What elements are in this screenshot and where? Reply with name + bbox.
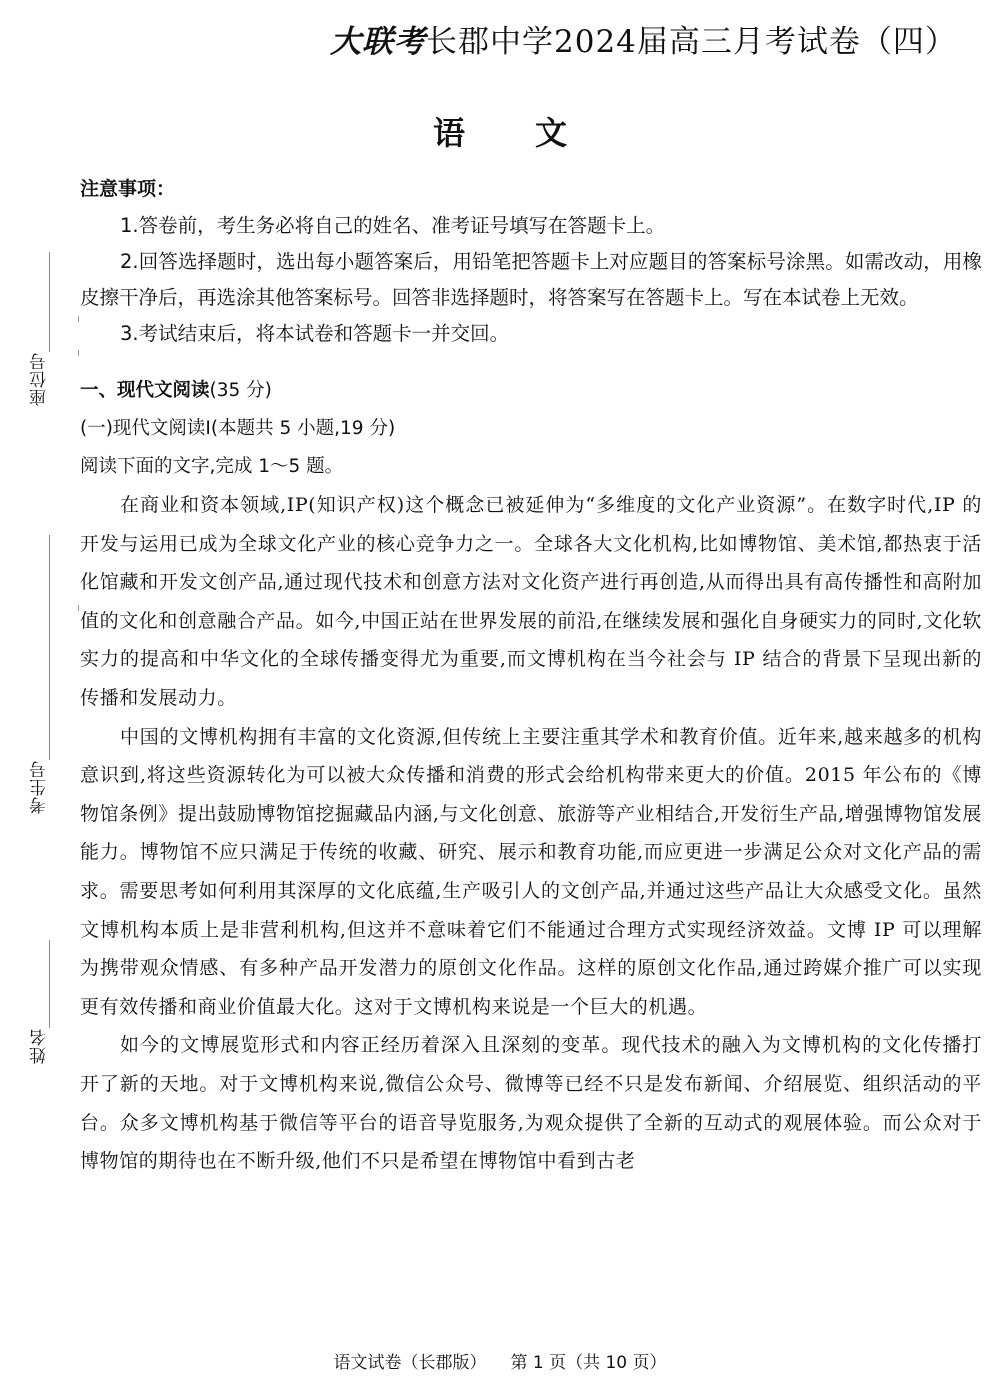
fold-mark (78, 350, 79, 356)
exam-header: 大联考长郡中学2024届高三月考试卷（四） (330, 18, 900, 66)
passage-paragraph: 如今的文博展览形式和内容正经历着深入且深刻的变革。现代技术的融入为文博机构的文化… (80, 1026, 982, 1180)
section-heading: 一、现代文阅读(35 分) (80, 372, 982, 410)
seat-number-field: 座位号 (24, 252, 54, 406)
passage-paragraph: 中国的文博机构拥有丰富的文化资源,但传统上主要注重其学术和教育价值。近年来,越来… (80, 718, 982, 1027)
exam-number-label: 考生号 (27, 760, 52, 814)
section-title: 一、现代文阅读 (80, 380, 210, 401)
seat-number-label: 座位号 (27, 352, 52, 406)
brand-logo-text: 大联考 (330, 24, 426, 60)
exam-content: 注意事项： 1.答卷前，考生务必将自己的姓名、准考证号填写在答题卡上。 2.回答… (80, 170, 982, 1181)
subsection-heading: (一)现代文阅读Ⅰ(本题共 5 小题,19 分) (80, 410, 982, 448)
page-footer: 语文试卷（长郡版）第 1 页（共 10 页） (0, 1348, 1000, 1378)
footer-paper-name: 语文试卷（长郡版） (333, 1353, 486, 1373)
note-item: 1.答卷前，考生务必将自己的姓名、准考证号填写在答题卡上。 (80, 208, 982, 244)
note-item: 2.回答选择题时，选出每小题答案后，用铅笔把答题卡上对应题目的答案标号涂黑。如需… (80, 244, 982, 316)
section-score: (35 分) (210, 380, 272, 401)
name-label: 姓名 (27, 1028, 52, 1064)
exam-number-blank-line (49, 535, 50, 760)
footer-page-number: 第 1 页（共 10 页） (510, 1353, 666, 1373)
note-item: 3.考试结束后，将本试卷和答题卡一并交回。 (80, 316, 982, 352)
notes-heading: 注意事项： (80, 170, 982, 208)
seat-number-blank-line (49, 252, 50, 352)
subject-title: 语文 (0, 108, 1000, 158)
exam-number-field: 考生号 (24, 535, 54, 814)
subject-title-char-2: 文 (535, 108, 567, 158)
fold-mark (78, 605, 79, 611)
reading-instruction: 阅读下面的文字,完成 1～5 题。 (80, 448, 982, 486)
passage-paragraph: 在商业和资本领域,IP(知识产权)这个概念已被延伸为“多维度的文化产业资源”。在… (80, 486, 982, 718)
exam-title: 长郡中学2024届高三月考试卷（四） (426, 24, 957, 60)
name-field: 姓名 (24, 940, 54, 1064)
fold-mark (78, 316, 79, 322)
name-blank-line (49, 940, 50, 1028)
subject-title-char-1: 语 (433, 108, 465, 158)
